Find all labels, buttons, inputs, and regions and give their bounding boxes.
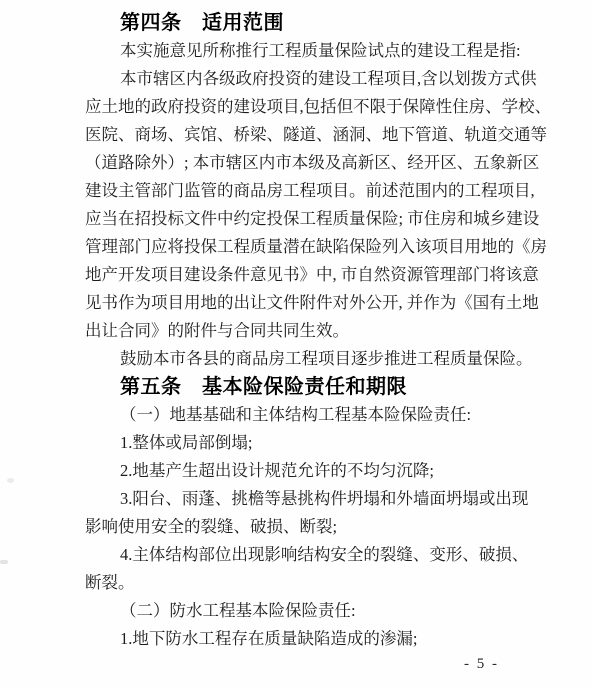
text-line: 2.地基产生超出设计规范允许的不均匀沉降; — [85, 457, 560, 485]
document-text-block: 第四条 适用范围本实施意见所称推行工程质量保险试点的建设工程是指:本市辖区内各级… — [85, 9, 560, 653]
section-heading: 第四条 适用范围 — [85, 9, 560, 37]
text-line: 断裂。 — [85, 569, 560, 597]
text-line: （二）防水工程基本险保险责任: — [85, 597, 560, 625]
document-page: 第四条 适用范围本实施意见所称推行工程质量保险试点的建设工程是指:本市辖区内各级… — [0, 0, 591, 688]
text-line: 见书作为项目用地的出让文件附件对外公开, 并作为《国有土地 — [85, 289, 560, 317]
text-line: 1.地下防水工程存在质量缺陷造成的渗漏; — [85, 625, 560, 653]
page-number: - 5 - — [464, 656, 499, 673]
text-line: 管理部门应将投保工程质量潜在缺陷保险列入该项目用地的《房 — [85, 233, 560, 261]
text-line: 鼓励本市各县的商品房工程项目逐步推进工程质量保险。 — [85, 345, 560, 373]
text-line: （道路除外）; 本市辖区内市本级及高新区、经开区、五象新区 — [85, 149, 560, 177]
text-line: 建设主管部门监管的商品房工程项目。前述范围内的工程项目, — [85, 177, 560, 205]
section-heading: 第五条 基本险保险责任和期限 — [85, 373, 560, 401]
text-line: 4.主体结构部位出现影响结构安全的裂缝、变形、破损、 — [85, 541, 560, 569]
text-line: 医院、商场、宾馆、桥梁、隧道、涵洞、地下管道、轨道交通等 — [85, 121, 560, 149]
scan-artifact — [0, 560, 8, 564]
text-line: （一）地基基础和主体结构工程基本险保险责任: — [85, 401, 560, 429]
text-line: 影响使用安全的裂缝、破损、断裂; — [85, 513, 560, 541]
text-line: 出让合同》的附件与合同共同生效。 — [85, 317, 560, 345]
text-line: 应土地的政府投资的建设项目,包括但不限于保障性住房、学校、 — [85, 93, 560, 121]
text-line: 1.整体或局部倒塌; — [85, 429, 560, 457]
text-line: 应当在招投标文件中约定投保工程质量保险; 市住房和城乡建设 — [85, 205, 560, 233]
text-line: 本实施意见所称推行工程质量保险试点的建设工程是指: — [85, 37, 560, 65]
text-line: 本市辖区内各级政府投资的建设工程项目,含以划拨方式供 — [85, 65, 560, 93]
scan-artifact — [7, 478, 14, 483]
text-line: 3.阳台、雨蓬、挑檐等悬挑构件坍塌和外墙面坍塌或出现 — [85, 485, 560, 513]
text-line: 地产开发项目建设条件意见书》中, 市自然资源管理部门将该意 — [85, 261, 560, 289]
